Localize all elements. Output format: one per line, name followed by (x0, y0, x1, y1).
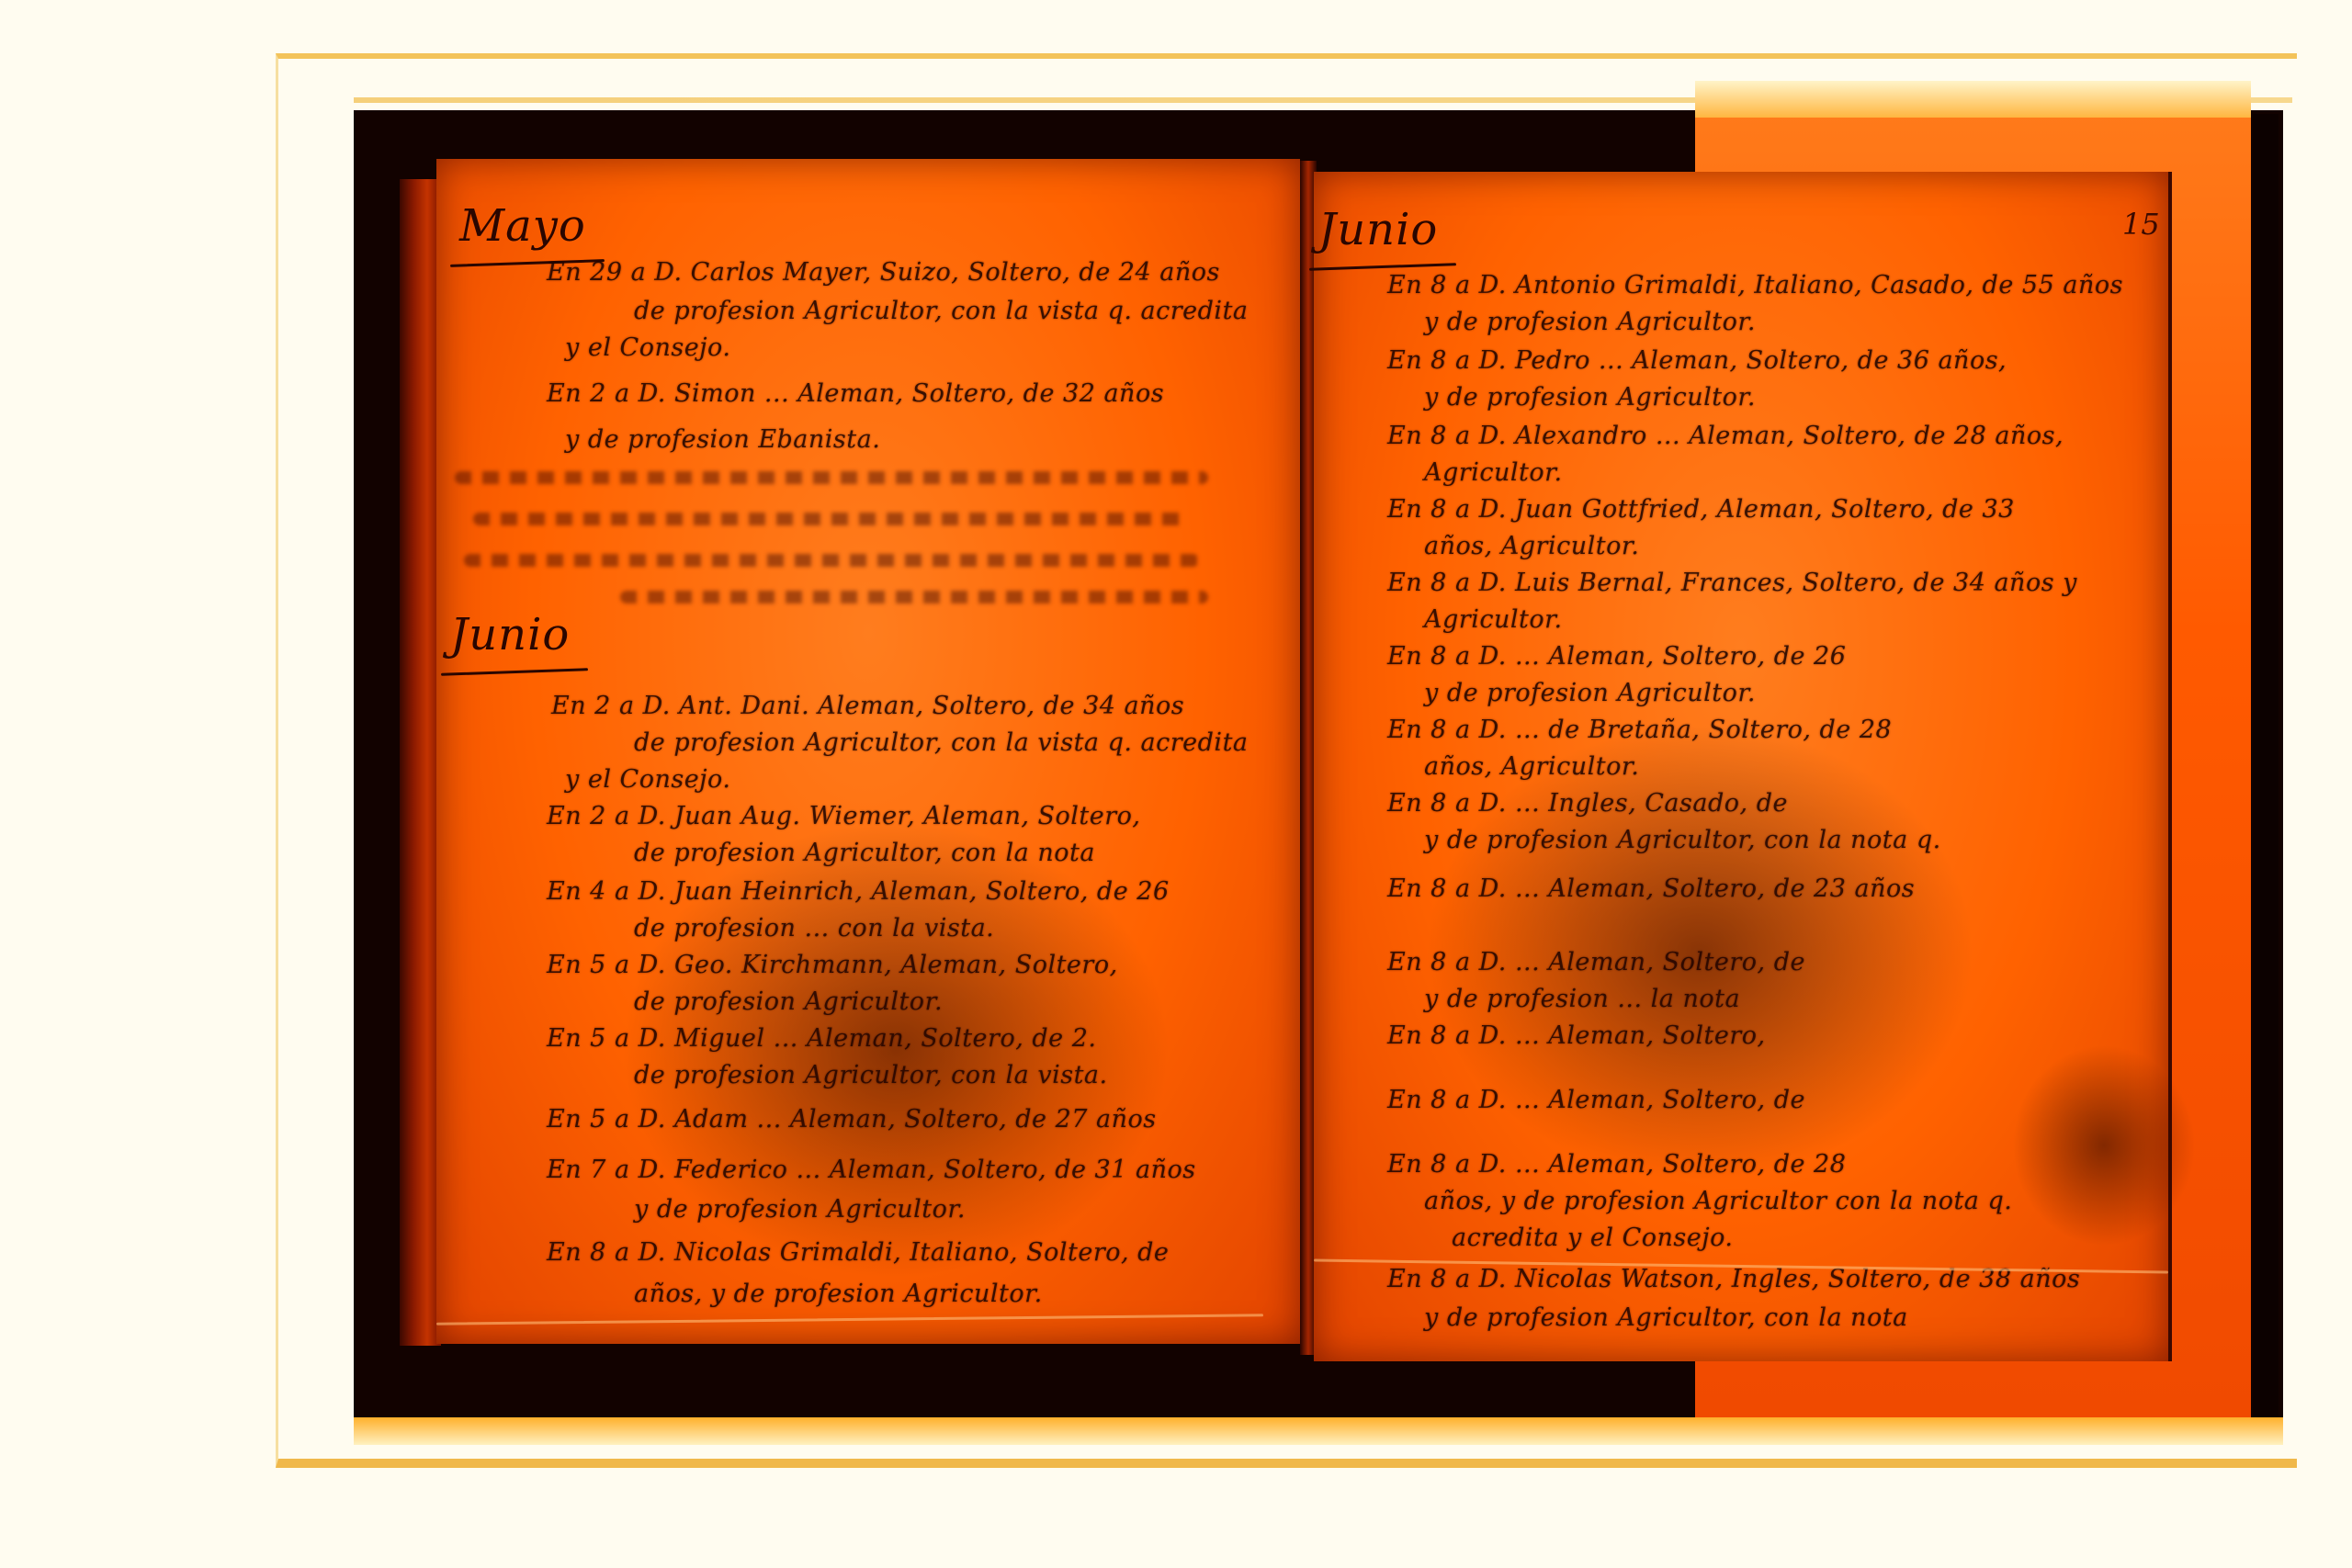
entry-line: acredita y el Consejo. (1452, 1224, 1733, 1252)
entry-line: En 8 a D. Juan Gottfried, Aleman, Solter… (1387, 495, 2015, 524)
entry-line: años, Agricultor. (1424, 532, 1639, 560)
entry-line: En 29 a D. Carlos Mayer, Suizo, Soltero,… (547, 258, 1220, 287)
heading-junio-right: Junio (1318, 204, 1438, 255)
entry-line: de profesion Agricultor, con la vista q.… (634, 728, 1249, 757)
heading-mayo: Mayo (459, 200, 586, 252)
entry-line: años, y de profesion Agricultor con la n… (1424, 1187, 2012, 1215)
entry-line: En 8 a D. Antonio Grimaldi, Italiano, Ca… (1387, 271, 2123, 299)
entry-line: y el Consejo. (565, 333, 730, 362)
water-stain (2012, 1044, 2196, 1247)
entry-line: de profesion Agricultor, con la vista q.… (634, 297, 1249, 325)
entry-line: y de profesion Agricultor. (1424, 308, 1756, 336)
heading-junio-left: Junio (450, 609, 570, 660)
right-page: Junio 15 En 8 a D. Antonio Grimaldi, Ita… (1314, 172, 2172, 1361)
entry-line: años, y de profesion Agricultor. (634, 1280, 1043, 1308)
film-frame-right-edge (2253, 114, 2278, 1418)
bleed-through-line (455, 471, 1208, 484)
page-number: 15 (2122, 207, 2160, 242)
entry-line: En 8 a D. ... Aleman, Soltero, de 26 (1387, 642, 1846, 671)
open-book: Mayo Junio En 29 a D. Carlos Mayer, Suiz… (390, 161, 2191, 1364)
ink-smudge (1424, 723, 1975, 1182)
entry-line: y de profesion Agricultor, con la nota (1424, 1303, 1908, 1332)
entry-line: En 8 a D. Pedro ... Aleman, Soltero, de … (1387, 346, 2007, 375)
entry-line: En 2 a D. Simon ... Aleman, Soltero, de … (547, 379, 1164, 408)
film-frame-top-glow (1695, 81, 2251, 118)
entry-line: y el Consejo. (565, 765, 730, 794)
entry-line: En 8 a D. Luis Bernal, Frances, Soltero,… (1387, 569, 2077, 597)
bleed-through-line (473, 513, 1190, 525)
bleed-through-line (464, 554, 1199, 567)
paper-crease (436, 1314, 1263, 1325)
left-page: Mayo Junio En 29 a D. Carlos Mayer, Suiz… (436, 159, 1300, 1344)
entry-line: En 2 a D. Ant. Dani. Aleman, Soltero, de… (551, 692, 1184, 720)
page-edges (400, 179, 441, 1346)
ink-smudge (620, 820, 1171, 1280)
entry-line: y de profesion Ebanista. (565, 425, 880, 454)
entry-line: Agricultor. (1424, 458, 1563, 487)
entry-line: En 8 a D. Alexandro ... Aleman, Soltero,… (1387, 422, 2064, 450)
entry-line: y de profesion Agricultor. (1424, 679, 1756, 707)
bleed-through-line (620, 591, 1208, 604)
film-frame-bottom-glow (354, 1417, 2283, 1445)
entry-line: Agricultor. (1424, 605, 1563, 634)
entry-line: y de profesion Agricultor. (1424, 383, 1756, 412)
